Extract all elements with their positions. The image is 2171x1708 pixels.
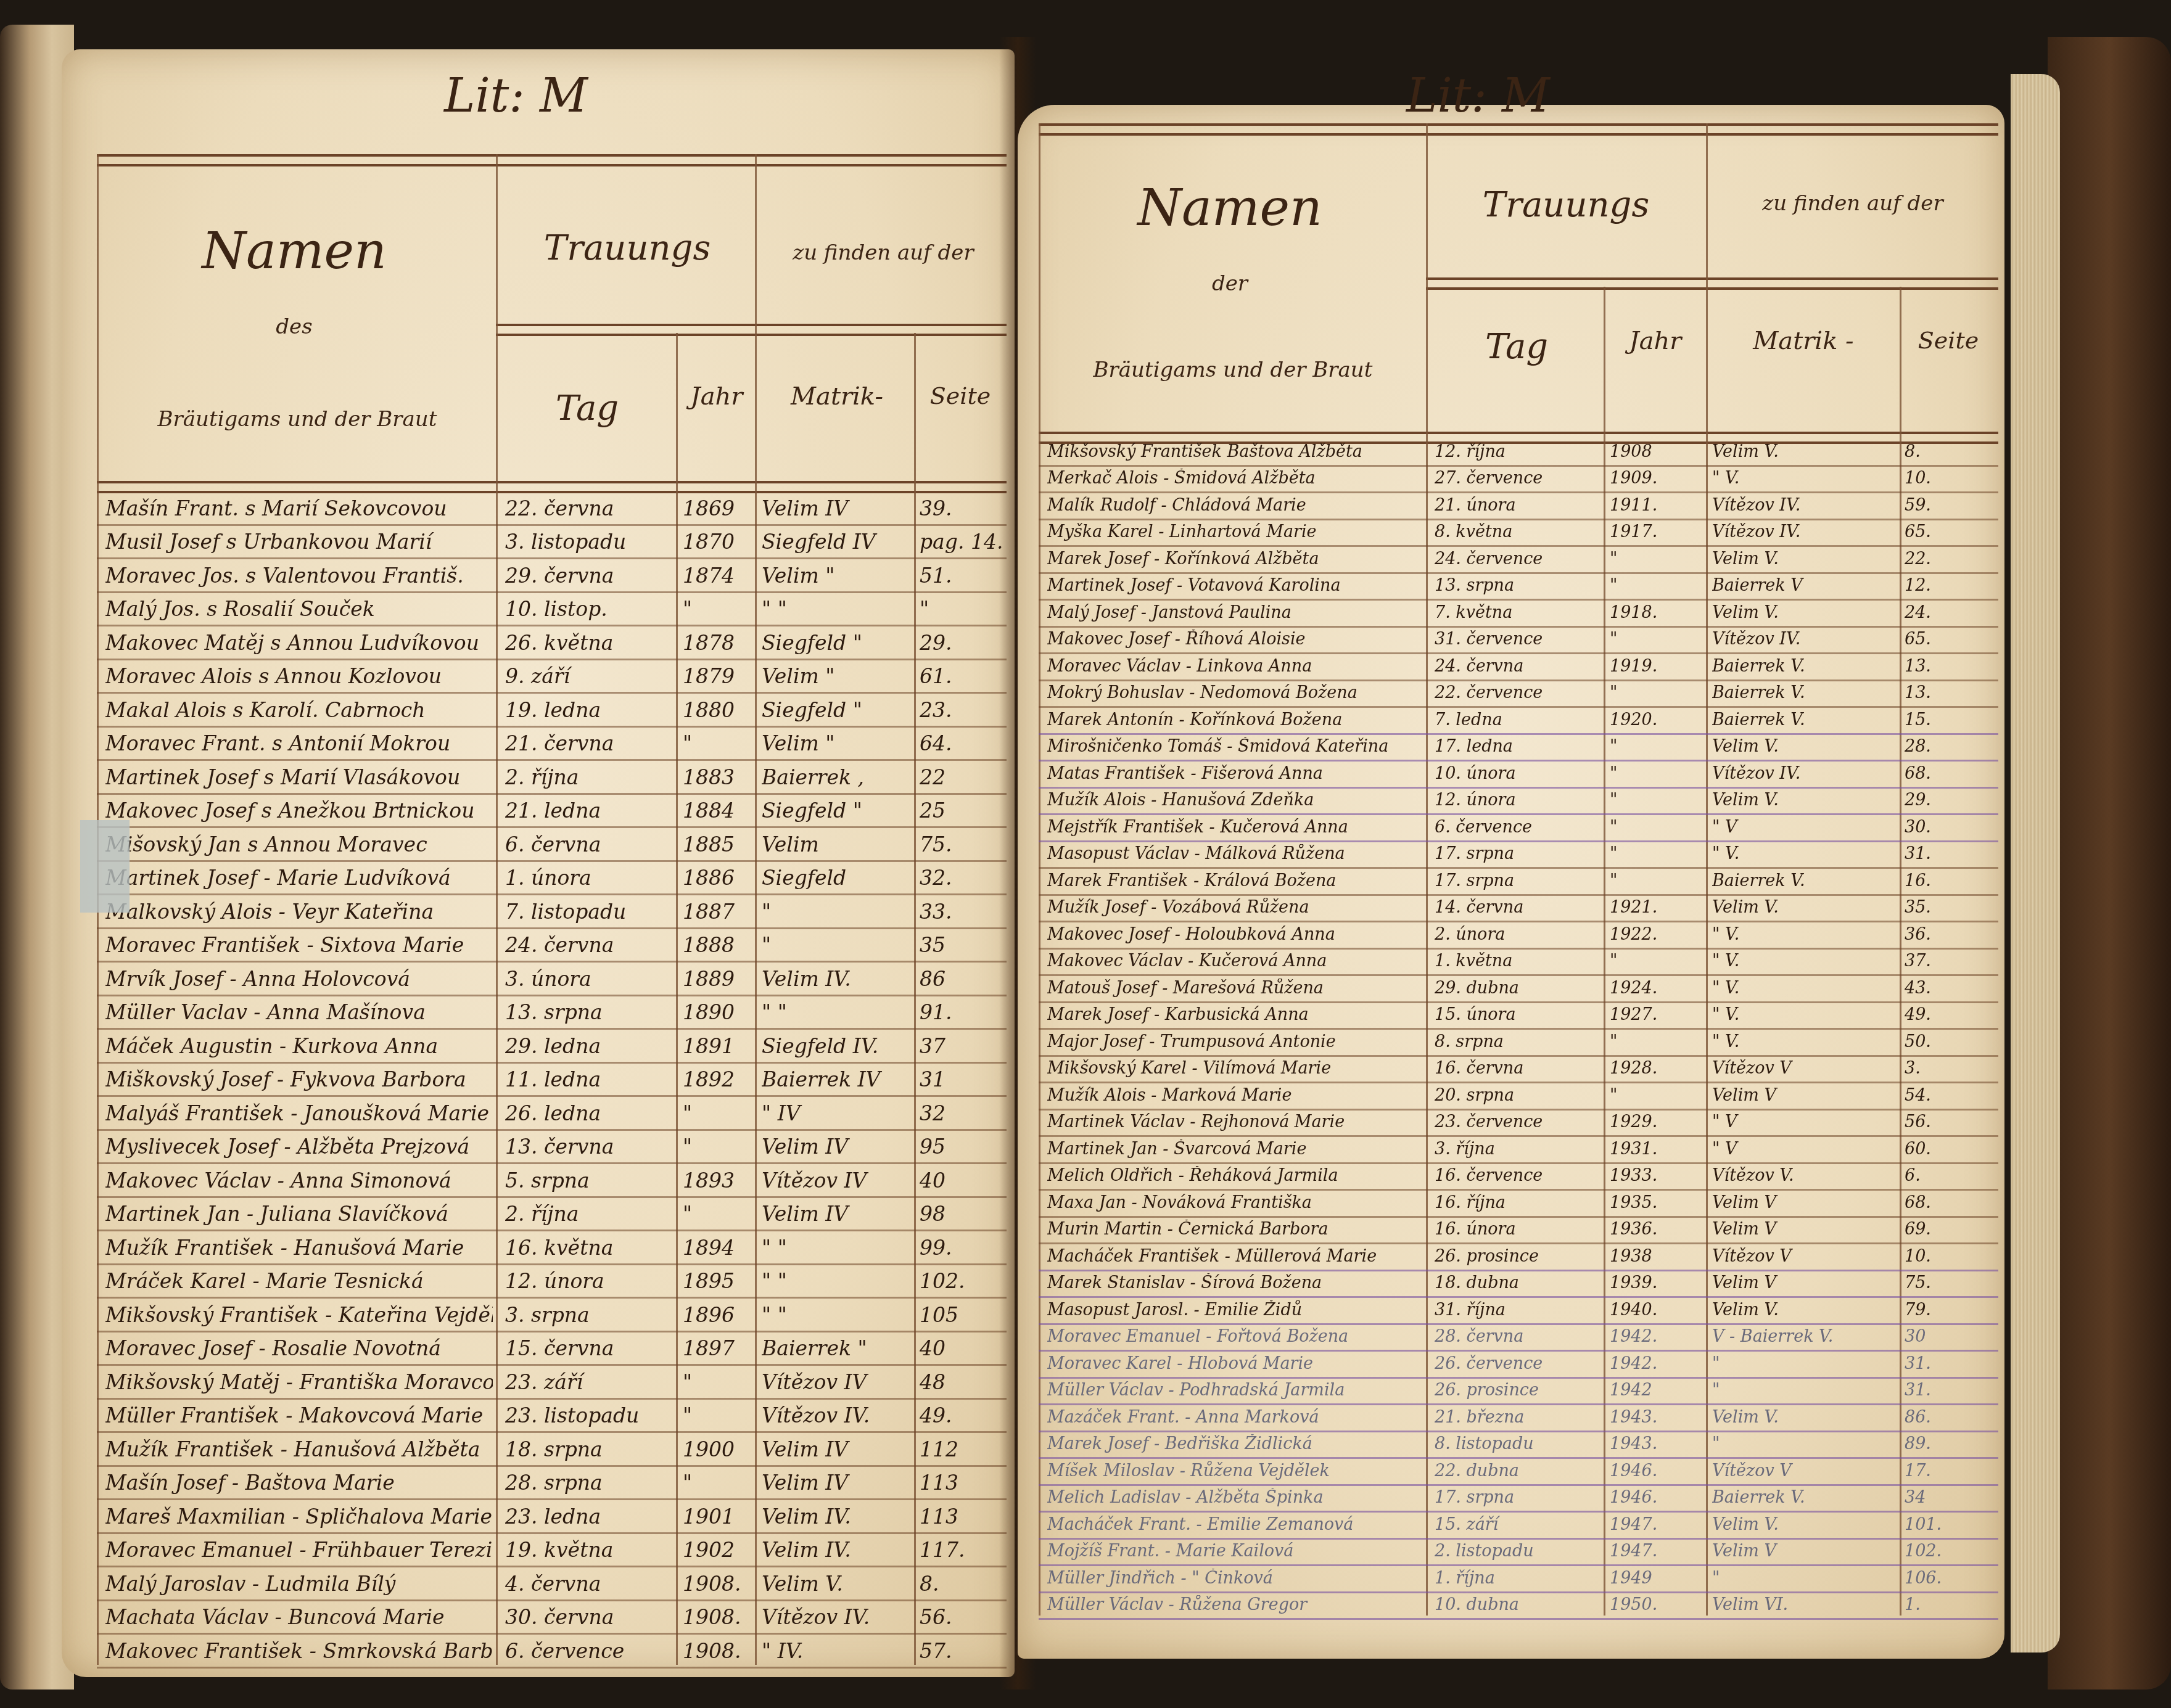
cell-year: 1900 xyxy=(683,1437,752,1461)
table-row: Makovec Josef - Holoubková Anna2. února1… xyxy=(1039,921,1998,950)
cell-names: Masopust Jarosl. - Emilie Židů xyxy=(1047,1300,1423,1320)
cell-names: Moravec Emanuel - Fořtová Božena xyxy=(1047,1327,1423,1346)
cell-page: 32. xyxy=(920,866,1006,890)
cell-register: " xyxy=(1712,1381,1897,1400)
cell-year: 1942 xyxy=(1610,1381,1702,1400)
cell-register: Vítězov V xyxy=(1712,1461,1897,1480)
cell-register: Velim V xyxy=(1712,1220,1897,1239)
cell-year: " xyxy=(1610,818,1702,837)
cell-day: 7. listopadu xyxy=(505,900,672,924)
cell-register: Vítězov V xyxy=(1712,1059,1897,1078)
cell-day: 29. června xyxy=(505,564,672,588)
cell-register: V - Baierrek V. xyxy=(1712,1327,1897,1346)
cell-year: " xyxy=(1610,1032,1702,1051)
cell-register: " V xyxy=(1712,818,1897,837)
cell-names: Mužík František - Hanušová Alžběta xyxy=(105,1437,493,1461)
cell-page: 23. xyxy=(920,698,1006,722)
cell-register: Velim V xyxy=(1712,1542,1897,1561)
cell-register: " xyxy=(1712,1354,1897,1373)
cell-names: Marek František - Králová Božena xyxy=(1047,871,1423,890)
cell-year: " xyxy=(683,1101,752,1125)
cell-day: 1. května xyxy=(1435,951,1601,971)
header-day: Tag xyxy=(504,388,670,429)
table-row: Marek Josef - Bedřiška Židlická8. listop… xyxy=(1039,1431,1998,1460)
cell-day: 29. ledna xyxy=(505,1034,672,1058)
cell-year: 1909. xyxy=(1610,469,1702,488)
index-tab-marker xyxy=(80,820,130,913)
cell-page: 36. xyxy=(1905,925,1997,944)
cell-day: 21. března xyxy=(1435,1408,1601,1427)
right-page: Lit: M Namen der Bräutigams und der Brau… xyxy=(1018,105,2004,1659)
cell-year: 1917. xyxy=(1610,522,1702,541)
cell-day: 17. ledna xyxy=(1435,737,1601,756)
header-marriage: Trauungs xyxy=(504,228,751,268)
cell-page: 10. xyxy=(1905,469,1997,488)
cell-names: Makovec Václav - Anna Simonová xyxy=(105,1168,493,1193)
table-row: Mojžíš Frant. - Marie Kailová2. listopad… xyxy=(1039,1538,1998,1567)
cell-day: 10. dubna xyxy=(1435,1595,1601,1614)
cell-year: 1922. xyxy=(1610,925,1702,944)
cell-day: 10. listop. xyxy=(505,597,672,621)
cell-register: Siegfeld " xyxy=(762,799,910,823)
cell-register: Velim V. xyxy=(1712,442,1897,461)
cell-page: 31. xyxy=(1905,1381,1997,1400)
cell-names: Martinek Josef - Marie Ludvíková xyxy=(105,866,493,890)
cell-register: Velim V. xyxy=(1712,898,1897,917)
cell-page: 12. xyxy=(1905,576,1997,595)
table-row: Musil Josef s Urbankovou Marií3. listopa… xyxy=(97,524,1007,560)
cell-day: 31. října xyxy=(1435,1300,1601,1320)
cell-page: 40 xyxy=(920,1168,1006,1193)
cell-names: Müller Jindřich - " Činková xyxy=(1047,1569,1423,1588)
cell-day: 2. října xyxy=(505,1202,672,1226)
cell-register: " IV xyxy=(762,1101,910,1125)
header-mid-rule xyxy=(1426,277,1998,290)
cell-page: 51. xyxy=(920,564,1006,588)
table-row: Mirošničenko Tomáš - Šmidová Kateřina17.… xyxy=(1039,733,1998,762)
cell-year: 1889 xyxy=(683,967,752,991)
cell-names: Marek Josef - Bedřiška Židlická xyxy=(1047,1434,1423,1453)
table-row: Mužík Josef - Vozábová Růžena14. června1… xyxy=(1039,894,1998,923)
cell-year: " xyxy=(1610,683,1702,702)
table-row: Makovec František - Smrkovská Barbora6. … xyxy=(97,1633,1007,1669)
table-row: Maxa Jan - Nováková Františka16. října19… xyxy=(1039,1189,1998,1218)
cell-register: " " xyxy=(762,1236,910,1260)
cell-day: 3. února xyxy=(505,967,672,991)
cell-register: Velim V. xyxy=(762,1572,910,1596)
cell-register: Vítězov V. xyxy=(1712,1166,1897,1185)
cell-day: 16. února xyxy=(1435,1220,1601,1239)
header-names-sub2: Bräutigams und der Braut xyxy=(103,407,492,432)
cell-page: 49. xyxy=(920,1403,1006,1427)
cell-page: 75. xyxy=(920,832,1006,856)
cell-page: 39. xyxy=(920,496,1006,520)
page-title: Lit: M xyxy=(444,68,588,123)
cell-page: 30. xyxy=(1905,818,1997,837)
cell-register: " xyxy=(1712,1434,1897,1453)
cell-year: " xyxy=(1610,737,1702,756)
cell-page: " xyxy=(920,597,1006,621)
cell-names: Moravec František - Sixtova Marie xyxy=(105,933,493,957)
cell-year: 1918. xyxy=(1610,603,1702,622)
cell-names: Mareš Maxmilian - Spličhalova Marie xyxy=(105,1505,493,1529)
table-row: Müller Vaclav - Anna Mašínova13. srpna18… xyxy=(97,995,1007,1030)
cell-year: " xyxy=(1610,871,1702,890)
cell-page: 59. xyxy=(1905,496,1997,515)
cell-page: 56. xyxy=(920,1605,1006,1629)
cell-page: 68. xyxy=(1905,764,1997,783)
cell-names: Müller Vaclav - Anna Mašínova xyxy=(105,1000,493,1024)
cell-day: 4. června xyxy=(505,1572,672,1596)
cell-year: " xyxy=(1610,790,1702,810)
cell-day: 8. listopadu xyxy=(1435,1434,1601,1453)
cell-day: 15. září xyxy=(1435,1515,1601,1534)
cell-year: 1947. xyxy=(1610,1515,1702,1534)
cell-day: 16. října xyxy=(1435,1193,1601,1212)
cell-register: Velim IV. xyxy=(762,1538,910,1562)
cell-page: 106. xyxy=(1905,1569,1997,1588)
cell-year: 1908. xyxy=(683,1605,752,1629)
cell-year: 1929. xyxy=(1610,1112,1702,1131)
table-row: Melich Oldřich - Řeháková Jarmila16. čer… xyxy=(1039,1162,1998,1191)
cell-day: 17. srpna xyxy=(1435,1488,1601,1507)
cell-names: Mikšovský Matěj - Františka Moravcová xyxy=(105,1370,493,1394)
cell-register: Velim IV. xyxy=(762,967,910,991)
cell-day: 20. srpna xyxy=(1435,1086,1601,1105)
cell-day: 8. května xyxy=(1435,522,1601,541)
header-names: Namen xyxy=(1076,179,1384,237)
cell-names: Myška Karel - Linhartová Marie xyxy=(1047,522,1423,541)
cell-names: Malý Jos. s Rosalií Souček xyxy=(105,597,493,621)
cell-day: 22. července xyxy=(1435,683,1601,702)
cell-day: 26. ledna xyxy=(505,1101,672,1125)
cell-page: 68. xyxy=(1905,1193,1997,1212)
table-row: Moravec Emanuel - Fořtová Božena28. červ… xyxy=(1039,1323,1998,1352)
cell-register: " xyxy=(1712,1569,1897,1588)
cell-day: 16. června xyxy=(1435,1059,1601,1078)
cell-day: 21. ledna xyxy=(505,799,672,823)
cell-names: Moravec Alois s Annou Kozlovou xyxy=(105,664,493,688)
table-row: Malík Rudolf - Chládová Marie21. února19… xyxy=(1039,491,1998,520)
cell-register: Velim V xyxy=(1712,1193,1897,1212)
cell-register: " V xyxy=(1712,1139,1897,1159)
cell-page: 117. xyxy=(920,1538,1006,1562)
cell-year: 1896 xyxy=(683,1303,752,1327)
cell-register: Vítězov V xyxy=(1712,1247,1897,1266)
cell-day: 5. srpna xyxy=(505,1168,672,1193)
cell-page: 32 xyxy=(920,1101,1006,1125)
cell-register: " xyxy=(762,933,910,957)
cell-year: 1885 xyxy=(683,832,752,856)
cell-year: 1943. xyxy=(1610,1434,1702,1453)
header-page: Seite xyxy=(917,382,1003,409)
table-row: Marek Josef - Kořínková Alžběta24. červe… xyxy=(1039,545,1998,574)
cell-names: Moravec Václav - Linkova Anna xyxy=(1047,657,1423,676)
table-row: Myslivecek Josef - Alžběta Prejzová13. č… xyxy=(97,1129,1007,1165)
table-row: Moravec Josef - Rosalie Novotná15. červn… xyxy=(97,1331,1007,1366)
cell-year: " xyxy=(683,1370,752,1394)
cell-day: 29. dubna xyxy=(1435,979,1601,998)
cell-day: 14. června xyxy=(1435,898,1601,917)
header-find-in: zu finden auf der xyxy=(1711,191,1995,216)
cell-register: Baierrek V. xyxy=(1712,683,1897,702)
table-row: Mikšovský František Baštova Alžběta12. ř… xyxy=(1039,438,1998,467)
header-names: Namen xyxy=(134,222,455,281)
cell-page: 1. xyxy=(1905,1595,1997,1614)
cell-register: Velim VI. xyxy=(1712,1595,1897,1614)
cell-year: 1902 xyxy=(683,1538,752,1562)
cell-year: 1869 xyxy=(683,496,752,520)
cell-day: 19. ledna xyxy=(505,698,672,722)
cell-names: Mráček Karel - Marie Tesnická xyxy=(105,1269,493,1293)
cell-day: 13. srpna xyxy=(505,1000,672,1024)
cell-page: 29. xyxy=(920,631,1006,655)
cell-page: 48 xyxy=(920,1370,1006,1394)
cell-names: Miškovský Josef - Fykvova Barbora xyxy=(105,1067,493,1091)
cell-page: 22 xyxy=(920,765,1006,789)
cell-names: Martinek Josef - Votavová Karolina xyxy=(1047,576,1423,595)
cell-day: 18. dubna xyxy=(1435,1273,1601,1292)
cell-page: 30 xyxy=(1905,1327,1997,1346)
cell-day: 31. července xyxy=(1435,630,1601,649)
cell-day: 18. srpna xyxy=(505,1437,672,1461)
cell-register: Velim V. xyxy=(1712,1300,1897,1320)
cell-page: 33. xyxy=(920,900,1006,924)
cell-year: 1946. xyxy=(1610,1461,1702,1480)
cell-page: 13. xyxy=(1905,683,1997,702)
cell-page: 54. xyxy=(1905,1086,1997,1105)
cell-register: Baierrek IV xyxy=(762,1067,910,1091)
cell-year: 1879 xyxy=(683,664,752,688)
cell-names: Moravec Frant. s Antonií Mokrou xyxy=(105,731,493,755)
cell-register: Siegfeld xyxy=(762,866,910,890)
table-row: Moravec Frant. s Antonií Mokrou21. červn… xyxy=(97,726,1007,762)
table-row: Makovec Václav - Kučerová Anna1. května"… xyxy=(1039,948,1998,977)
cell-names: Martinek Jan - Švarcová Marie xyxy=(1047,1139,1423,1159)
cell-names: Malý Jaroslav - Ludmila Bílý xyxy=(105,1572,493,1596)
cell-day: 28. června xyxy=(1435,1327,1601,1346)
cell-year: 1943. xyxy=(1610,1408,1702,1427)
table-row: Malý Jos. s Rosalií Souček10. listop."" … xyxy=(97,591,1007,627)
cell-page: 37. xyxy=(1905,951,1997,971)
table-row: Martinek Jan - Juliana Slavíčková2. říjn… xyxy=(97,1196,1007,1232)
cell-page: pag. 14. xyxy=(920,530,1006,554)
cell-day: 26. května xyxy=(505,631,672,655)
table-row: Mráček Karel - Marie Tesnická12. února18… xyxy=(97,1263,1007,1299)
cell-names: Musil Josef s Urbankovou Marií xyxy=(105,530,493,554)
cell-page: 35. xyxy=(1905,898,1997,917)
table-row: Moravec Emanuel - Frühbauer Terezie19. k… xyxy=(97,1532,1007,1568)
cell-year: 1919. xyxy=(1610,657,1702,676)
cell-register: Velim V. xyxy=(1712,603,1897,622)
cell-register: " " xyxy=(762,1000,910,1024)
table-row: Malkovský Alois - Veyr Kateřina7. listop… xyxy=(97,893,1007,929)
cell-page: 65. xyxy=(1905,522,1997,541)
cell-day: 17. srpna xyxy=(1435,871,1601,890)
cell-day: 11. ledna xyxy=(505,1067,672,1091)
cell-names: Malkovský Alois - Veyr Kateřina xyxy=(105,900,493,924)
cell-names: Marek Josef - Karbusická Anna xyxy=(1047,1005,1423,1024)
cell-year: 1908 xyxy=(1610,442,1702,461)
cell-names: Murin Martin - Černická Barbora xyxy=(1047,1220,1423,1239)
table-row: Mikšovský Karel - Vilímová Marie16. červ… xyxy=(1039,1055,1998,1084)
cell-page: 102. xyxy=(1905,1542,1997,1561)
cell-page: 22. xyxy=(1905,549,1997,569)
table-row: Myška Karel - Linhartová Marie8. května1… xyxy=(1039,519,1998,548)
cell-day: 6. července xyxy=(1435,818,1601,837)
cell-register: Siegfeld IV xyxy=(762,530,910,554)
table-row: Martinek Václav - Rejhonová Marie23. čer… xyxy=(1039,1109,1998,1138)
cell-page: 99. xyxy=(920,1236,1006,1260)
cell-day: 24. července xyxy=(1435,549,1601,569)
table-row: Makovec Josef s Anežkou Brtnickou21. led… xyxy=(97,793,1007,829)
cell-register: Vítězov IV. xyxy=(762,1605,910,1629)
cell-day: 28. srpna xyxy=(505,1471,672,1495)
cell-year: 1911. xyxy=(1610,496,1702,515)
cell-year: 1946. xyxy=(1610,1488,1702,1507)
cell-names: Marek Antonín - Kořínková Božena xyxy=(1047,710,1423,729)
cell-page: 37 xyxy=(920,1034,1006,1058)
cell-year: 1931. xyxy=(1610,1139,1702,1159)
cell-names: Mašín Josef - Baštova Marie xyxy=(105,1471,493,1495)
header-top-rule xyxy=(1039,123,1998,136)
table-row: Mišovský Jan s Annou Moravec6. června188… xyxy=(97,826,1007,862)
cell-year: 1891 xyxy=(683,1034,752,1058)
cell-year: 1927. xyxy=(1610,1005,1702,1024)
cell-day: 6. července xyxy=(505,1639,672,1663)
cell-register: " V. xyxy=(1712,951,1897,971)
cell-register: " V xyxy=(1712,1112,1897,1131)
cell-page: 6. xyxy=(1905,1166,1997,1185)
cell-names: Makovec Josef s Anežkou Brtnickou xyxy=(105,799,493,823)
cell-page: 113 xyxy=(920,1505,1006,1529)
cell-names: Matas František - Fišerová Anna xyxy=(1047,764,1423,783)
cell-names: Matouš Josef - Marešová Růžena xyxy=(1047,979,1423,998)
cell-page: 105 xyxy=(920,1303,1006,1327)
table-row: Mužík František - Hanušová Marie16. květ… xyxy=(97,1230,1007,1265)
cell-names: Melich Oldřich - Řeháková Jarmila xyxy=(1047,1166,1423,1185)
cell-day: 12. února xyxy=(505,1269,672,1293)
cell-page: 10. xyxy=(1905,1247,1997,1266)
table-row: Matouš Josef - Marešová Růžena29. dubna1… xyxy=(1039,974,1998,1003)
cell-day: 24. června xyxy=(505,933,672,957)
cell-year: 1884 xyxy=(683,799,752,823)
cell-names: Martinek Václav - Rejhonová Marie xyxy=(1047,1112,1423,1131)
cell-year: 1883 xyxy=(683,765,752,789)
cell-year: 1928. xyxy=(1610,1059,1702,1078)
cell-page: 31 xyxy=(920,1067,1006,1091)
cell-year: 1924. xyxy=(1610,979,1702,998)
cell-names: Major Josef - Trumpusová Antonie xyxy=(1047,1032,1423,1051)
cell-day: 1. října xyxy=(1435,1569,1601,1588)
cell-page: 75. xyxy=(1905,1273,1997,1292)
table-row: Moravec František - Sixtova Marie24. čer… xyxy=(97,927,1007,963)
cell-names: Machata Václav - Buncová Marie xyxy=(105,1605,493,1629)
header-marriage: Trauungs xyxy=(1433,185,1699,225)
header-find-in: zu finden auf der xyxy=(760,240,1007,265)
table-row: Müller Jindřich - " Činková1. října1949"… xyxy=(1039,1564,1998,1593)
cell-year: 1888 xyxy=(683,933,752,957)
cell-day: 22. dubna xyxy=(1435,1461,1601,1480)
cell-day: 1. února xyxy=(505,866,672,890)
cell-names: Marek Josef - Kořínková Alžběta xyxy=(1047,549,1423,569)
cell-names: Macháček František - Müllerová Marie xyxy=(1047,1247,1423,1266)
cell-names: Moravec Jos. s Valentovou Františ. xyxy=(105,564,493,588)
table-row: Máček Augustin - Kurkova Anna29. ledna18… xyxy=(97,1028,1007,1064)
cell-register: Velim V xyxy=(1712,1273,1897,1292)
cell-names: Mužík Josef - Vozábová Růžena xyxy=(1047,898,1423,917)
table-row: Müller Václav - Podhradská Jarmila26. pr… xyxy=(1039,1377,1998,1406)
cell-register: Velim IV xyxy=(762,496,910,520)
table-row: Moravec Karel - Hlobová Marie26. červenc… xyxy=(1039,1350,1998,1379)
cell-names: Malý Josef - Janstová Paulina xyxy=(1047,603,1423,622)
cell-day: 8. srpna xyxy=(1435,1032,1601,1051)
table-row: Müller František - Makovcová Marie23. li… xyxy=(97,1398,1007,1434)
cell-names: Míšek Miloslav - Růžena Vejdělek xyxy=(1047,1461,1423,1480)
header-day: Tag xyxy=(1433,327,1600,367)
cell-register: Vítězov IV. xyxy=(1712,764,1897,783)
cell-register: Vítězov IV. xyxy=(1712,522,1897,541)
cell-register: Velim V. xyxy=(1712,1408,1897,1427)
cell-year: " xyxy=(1610,1086,1702,1105)
cell-register: Vítězov IV. xyxy=(1712,496,1897,515)
cell-names: Mazáček Frant. - Anna Marková xyxy=(1047,1408,1423,1427)
cell-day: 2. února xyxy=(1435,925,1601,944)
cell-year: 1920. xyxy=(1610,710,1702,729)
book-cover-right xyxy=(2048,37,2171,1690)
cell-year: " xyxy=(1610,630,1702,649)
table-row: Macháček František - Müllerová Marie26. … xyxy=(1039,1242,1998,1271)
cell-page: 40 xyxy=(920,1336,1006,1360)
table-row: Moravec Alois s Annou Kozlovou9. září187… xyxy=(97,659,1007,694)
cell-register: Baierrek V. xyxy=(1712,1488,1897,1507)
cell-page: 17. xyxy=(1905,1461,1997,1480)
cell-page: 15. xyxy=(1905,710,1997,729)
cell-names: Mrvík Josef - Anna Holovcová xyxy=(105,967,493,991)
cell-year: 1942. xyxy=(1610,1354,1702,1373)
cell-names: Masopust Václav - Málková Růžena xyxy=(1047,844,1423,863)
cell-register: Velim V. xyxy=(1712,1515,1897,1534)
cell-page: 98 xyxy=(920,1202,1006,1226)
cell-day: 9. září xyxy=(505,664,672,688)
cell-day: 23. ledna xyxy=(505,1505,672,1529)
cell-year: 1895 xyxy=(683,1269,752,1293)
table-row: Martinek Jan - Švarcová Marie3. října193… xyxy=(1039,1135,1998,1164)
cell-day: 26. prosince xyxy=(1435,1381,1601,1400)
header-names-sub1: der xyxy=(1076,271,1384,296)
cell-day: 23. listopadu xyxy=(505,1403,672,1427)
cell-year: 1935. xyxy=(1610,1193,1702,1212)
cell-page: 35 xyxy=(920,933,1006,957)
table-row: Mokrý Bohuslav - Nedomová Božena22. červ… xyxy=(1039,680,1998,708)
cell-page: 95 xyxy=(920,1135,1006,1159)
cell-year: " xyxy=(683,731,752,755)
table-row: Marek Stanislav - Šírová Božena18. dubna… xyxy=(1039,1270,1998,1299)
cell-year: 1890 xyxy=(683,1000,752,1024)
cell-register: " V. xyxy=(1712,979,1897,998)
cell-names: Mužík Alois - Marková Marie xyxy=(1047,1086,1423,1105)
cell-page: 89. xyxy=(1905,1434,1997,1453)
cell-register: Siegfeld IV. xyxy=(762,1034,910,1058)
cell-names: Martinek Josef s Marií Vlasákovou xyxy=(105,765,493,789)
cell-names: Müller František - Makovcová Marie xyxy=(105,1403,493,1427)
cell-day: 2. listopadu xyxy=(1435,1542,1601,1561)
cell-register: Velim " xyxy=(762,664,910,688)
cell-names: Mejstřík František - Kučerová Anna xyxy=(1047,818,1423,837)
cell-register: " V. xyxy=(1712,1032,1897,1051)
cell-day: 24. června xyxy=(1435,657,1601,676)
cell-year: 1908. xyxy=(683,1572,752,1596)
